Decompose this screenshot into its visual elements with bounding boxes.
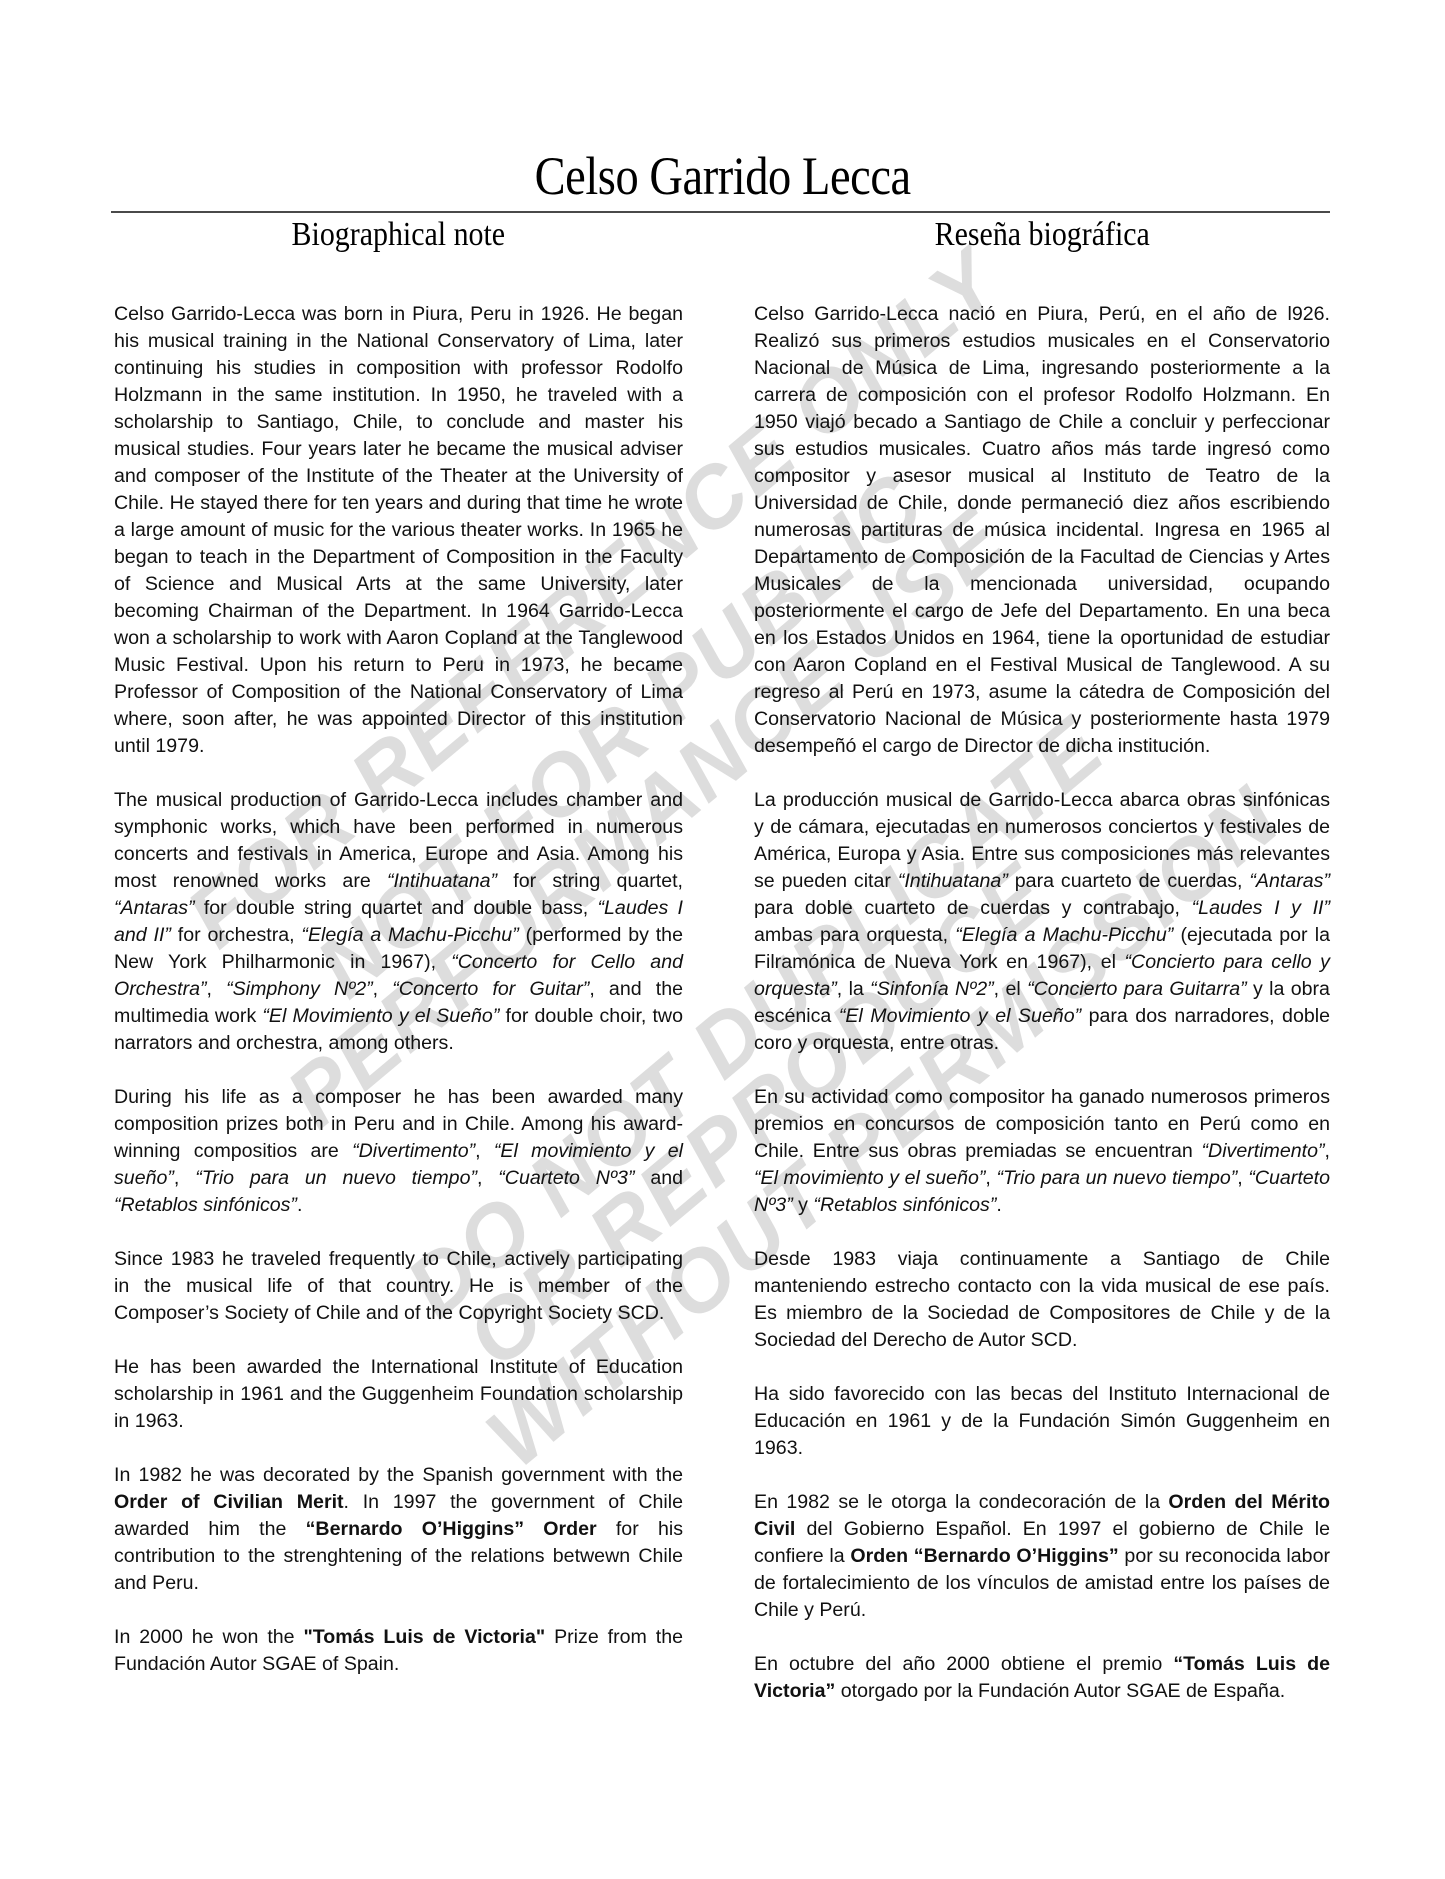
text: , la [837,978,870,1000]
text: for string quartet, [497,870,683,892]
work-title: “Intihuatana” [387,870,497,892]
text: , [1325,1140,1330,1162]
text: In 1982 he was decorated by the Spanish … [114,1464,683,1486]
paragraph-works: The musical production of Garrido-Lecca … [114,787,683,1057]
text: . [996,1194,1001,1216]
work-title: “Antaras” [1249,870,1330,892]
text: , [207,978,227,1000]
text: para doble cuarteto de cuerdas y contrab… [754,897,1192,919]
text: , [985,1167,996,1189]
award-name: “Bernardo O’Higgins” Order [306,1518,597,1540]
work-title: “El Movimiento y el Sueño” [262,1005,499,1027]
work-title: “El movimiento y el sueño” [754,1167,985,1189]
work-title: “Retablos sinfónicos” [813,1194,996,1216]
work-title: “El Movimiento y el Sueño” [839,1005,1081,1027]
award-name: Order of Civilian Merit [114,1491,344,1513]
text: . [297,1194,302,1216]
text: para cuarteto de cuerdas, [1008,870,1250,892]
work-title: “Elegía a Machu-Picchu” [955,924,1173,946]
work-title: “Divertimento” [352,1140,475,1162]
text: , [174,1167,195,1189]
paragraph-scholarships: He has been awarded the International In… [114,1354,683,1435]
document-page: FOR REFERENCE ONLY NOT FOR PUBLIC PERFOR… [0,0,1445,1879]
work-title: “Trio para un nuevo tiempo” [996,1167,1237,1189]
work-title: “Cuarteto Nº3” [498,1167,634,1189]
text: and [635,1167,684,1189]
paragraph-early-life: Celso Garrido-Lecca nació en Piura, Perú… [754,301,1330,760]
text: otorgado por la Fundación Autor SGAE de … [835,1680,1285,1702]
work-title: “Concierto para Guitarra” [1027,978,1247,1000]
work-title: “Sinfonía Nº2” [870,978,994,1000]
paragraph-decorations: In 1982 he was decorated by the Spanish … [114,1462,683,1597]
text: , [475,1140,494,1162]
award-name: "Tomás Luis de Victoria" [303,1626,545,1648]
section-heading-english-text: Biographical note [292,214,506,256]
text: , [1237,1167,1248,1189]
text: , [477,1167,498,1189]
work-title: “Simphony Nº2” [226,978,373,1000]
text: for orchestra, [171,924,301,946]
paragraph-prizes: En su actividad como compositor ha ganad… [754,1084,1330,1219]
paragraph-early-life: Celso Garrido-Lecca was born in Piura, P… [114,301,683,760]
paragraph-chile: Since 1983 he traveled frequently to Chi… [114,1246,683,1327]
text: ambas para orquesta, [754,924,955,946]
paragraph-prizes: During his life as a composer he has bee… [114,1084,683,1219]
work-title: “Divertimento” [1202,1140,1325,1162]
text: for double string quartet and double bas… [195,897,598,919]
text: En 1982 se le otorga la condecoración de… [754,1491,1168,1513]
work-title: “Intihuatana” [898,870,1008,892]
title-divider [111,211,1330,213]
award-name: Orden “Bernardo O’Higgins” [850,1545,1118,1567]
section-heading-english: Biographical note [114,214,683,256]
content: Celso Garrido Lecca Biographical note Re… [0,0,1445,1879]
work-title: “Concerto for Guitar” [392,978,589,1000]
work-title: “Antaras” [114,897,195,919]
page-title: Celso Garrido Lecca [0,146,1445,206]
work-title: “Trio para un nuevo tiempo” [195,1167,477,1189]
text: y [793,1194,814,1216]
page-title-text: Celso Garrido Lecca [534,146,910,206]
text: , [373,978,393,1000]
paragraph-works: La producción musical de Garrido-Lecca a… [754,787,1330,1057]
text: , el [994,978,1027,1000]
work-title: “Retablos sinfónicos” [114,1194,297,1216]
paragraph-prize-2000: In 2000 he won the "Tomás Luis de Victor… [114,1624,683,1678]
spanish-column: Celso Garrido-Lecca nació en Piura, Perú… [754,301,1330,1732]
section-heading-spanish: Reseña biográfica [754,214,1330,256]
work-title: “Elegía a Machu-Picchu” [301,924,518,946]
work-title: “Laudes I y II” [1192,897,1330,919]
paragraph-chile: Desde 1983 viaja continuamente a Santiag… [754,1246,1330,1354]
section-heading-spanish-text: Reseña biográfica [934,214,1149,256]
english-column: Celso Garrido-Lecca was born in Piura, P… [114,301,683,1705]
text: In 2000 he won the [114,1626,303,1648]
text: En octubre del año 2000 obtiene el premi… [754,1653,1173,1675]
paragraph-scholarships: Ha sido favorecido con las becas del Ins… [754,1381,1330,1462]
paragraph-decorations: En 1982 se le otorga la condecoración de… [754,1489,1330,1624]
paragraph-prize-2000: En octubre del año 2000 obtiene el premi… [754,1651,1330,1705]
